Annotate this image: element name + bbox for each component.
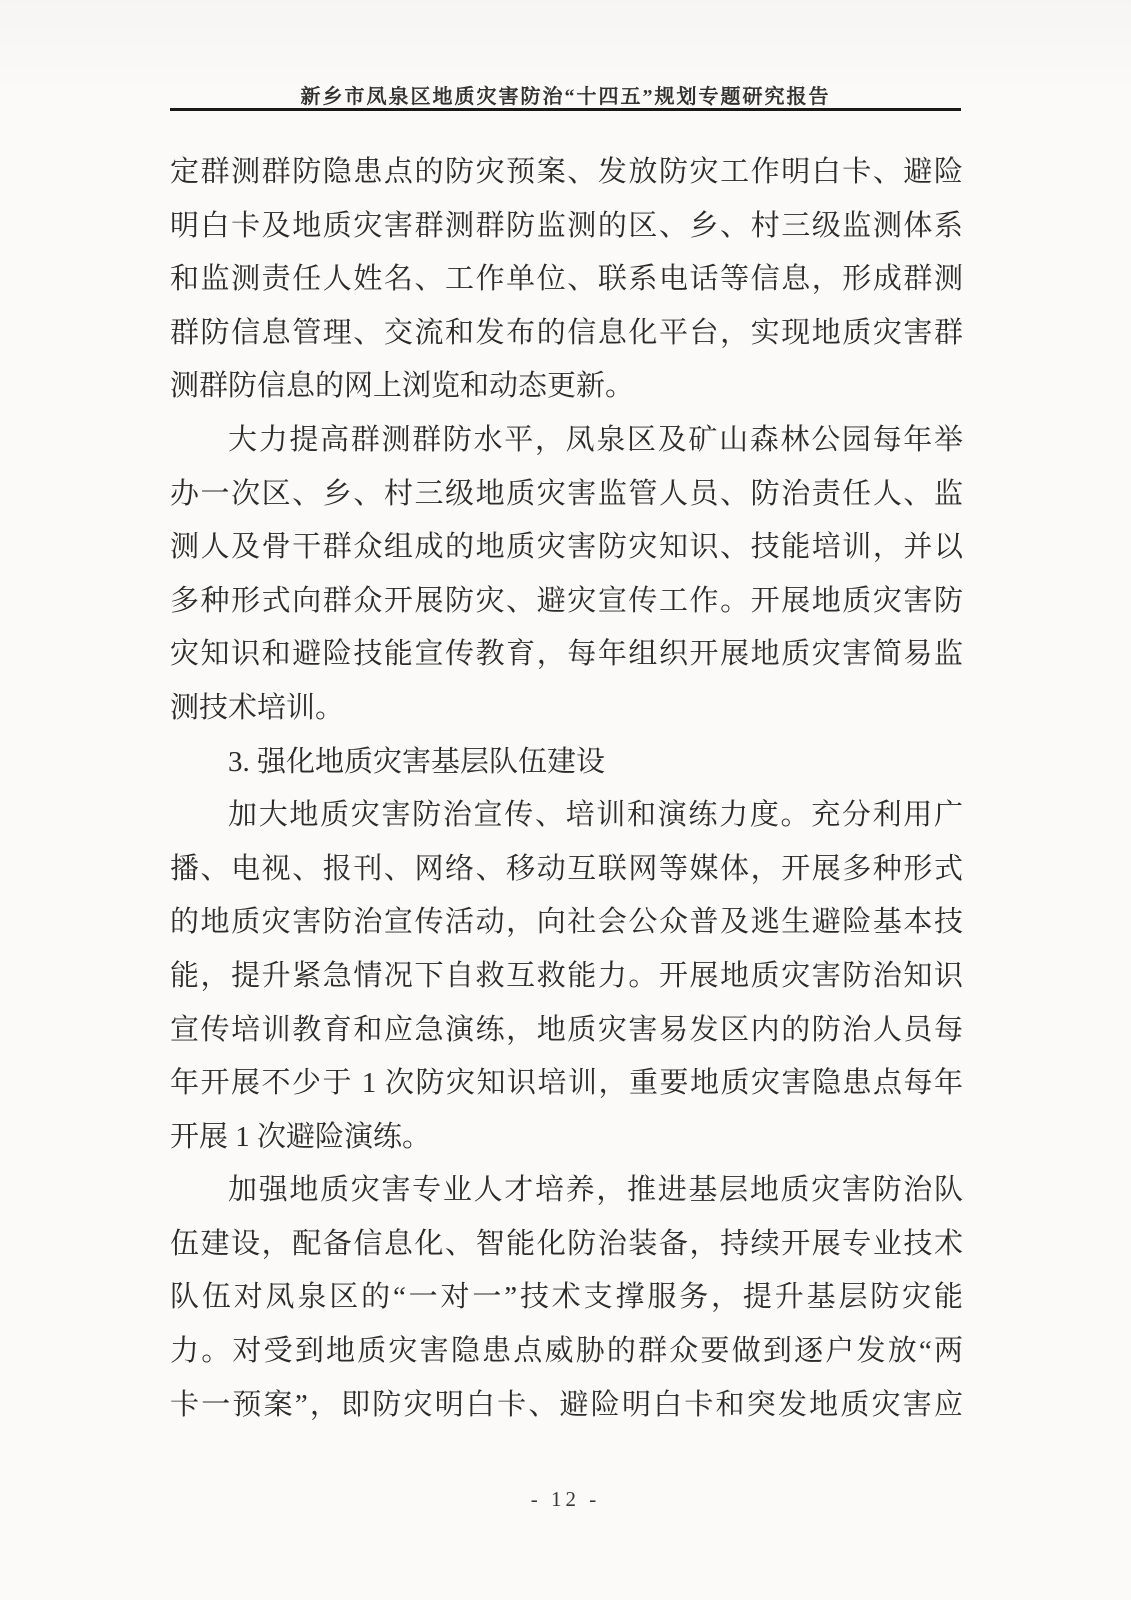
page-footer: - 12 - (0, 1487, 1131, 1512)
text-line: 卡一预案”，即防灾明白卡、避险明白卡和突发地质灾害应 (170, 1379, 963, 1433)
text-line: 年开展不少于 1 次防灾知识培训，重要地质灾害隐患点每年 (170, 1057, 963, 1111)
page-header: 新乡市凤泉区地质灾害防治“十四五”规划专题研究报告 (0, 80, 1131, 109)
text-line: 明白卡及地质灾害群测群防监测的区、乡、村三级监测体系 (170, 200, 963, 254)
text-line: 大力提高群测群防水平，凤泉区及矿山森林公园每年举 (170, 414, 963, 468)
report-title: 新乡市凤泉区地质灾害防治“十四五”规划专题研究报告 (0, 80, 1131, 109)
text-line: 播、电视、报刊、网络、移动互联网等媒体，开展多种形式 (170, 843, 963, 897)
text-line: 加大地质灾害防治宣传、培训和演练力度。充分利用广 (170, 789, 963, 843)
text-line: 办一次区、乡、村三级地质灾害监管人员、防治责任人、监 (170, 468, 963, 522)
text-line: 定群测群防隐患点的防灾预案、发放防灾工作明白卡、避险 (170, 146, 963, 200)
header-rule (170, 108, 961, 111)
text-line: 和监测责任人姓名、工作单位、联系电话等信息，形成群测 (170, 253, 963, 307)
text-line: 队伍对凤泉区的“一对一”技术支撑服务，提升基层防灾能 (170, 1271, 963, 1325)
text-line: 能，提升紧急情况下自救互救能力。开展地质灾害防治知识 (170, 950, 963, 1004)
text-line: 灾知识和避险技能宣传教育，每年组织开展地质灾害简易监 (170, 628, 963, 682)
text-line: 测群防信息的网上浏览和动态更新。 (170, 360, 963, 414)
text-line: 测技术培训。 (170, 682, 963, 736)
text-line: 伍建设，配备信息化、智能化防治装备，持续开展专业技术 (170, 1218, 963, 1272)
document-body: 定群测群防隐患点的防灾预案、发放防灾工作明白卡、避险明白卡及地质灾害群测群防监测… (170, 146, 963, 1432)
text-line: 宣传培训教育和应急演练，地质灾害易发区内的防治人员每 (170, 1004, 963, 1058)
text-line: 多种形式向群众开展防灾、避灾宣传工作。开展地质灾害防 (170, 575, 963, 629)
text-line: 力。对受到地质灾害隐患点威胁的群众要做到逐户发放“两 (170, 1325, 963, 1379)
section-heading: 3. 强化地质灾害基层队伍建设 (170, 736, 963, 790)
text-line: 加强地质灾害专业人才培养，推进基层地质灾害防治队 (170, 1164, 963, 1218)
text-line: 测人及骨干群众组成的地质灾害防灾知识、技能培训，并以 (170, 521, 963, 575)
text-line: 开展 1 次避险演练。 (170, 1111, 963, 1165)
page-number: - 12 - (531, 1487, 601, 1511)
text-line: 的地质灾害防治宣传活动，向社会公众普及逃生避险基本技 (170, 896, 963, 950)
text-line: 群防信息管理、交流和发布的信息化平台，实现地质灾害群 (170, 307, 963, 361)
document-page: 新乡市凤泉区地质灾害防治“十四五”规划专题研究报告 定群测群防隐患点的防灾预案、… (0, 0, 1131, 1600)
